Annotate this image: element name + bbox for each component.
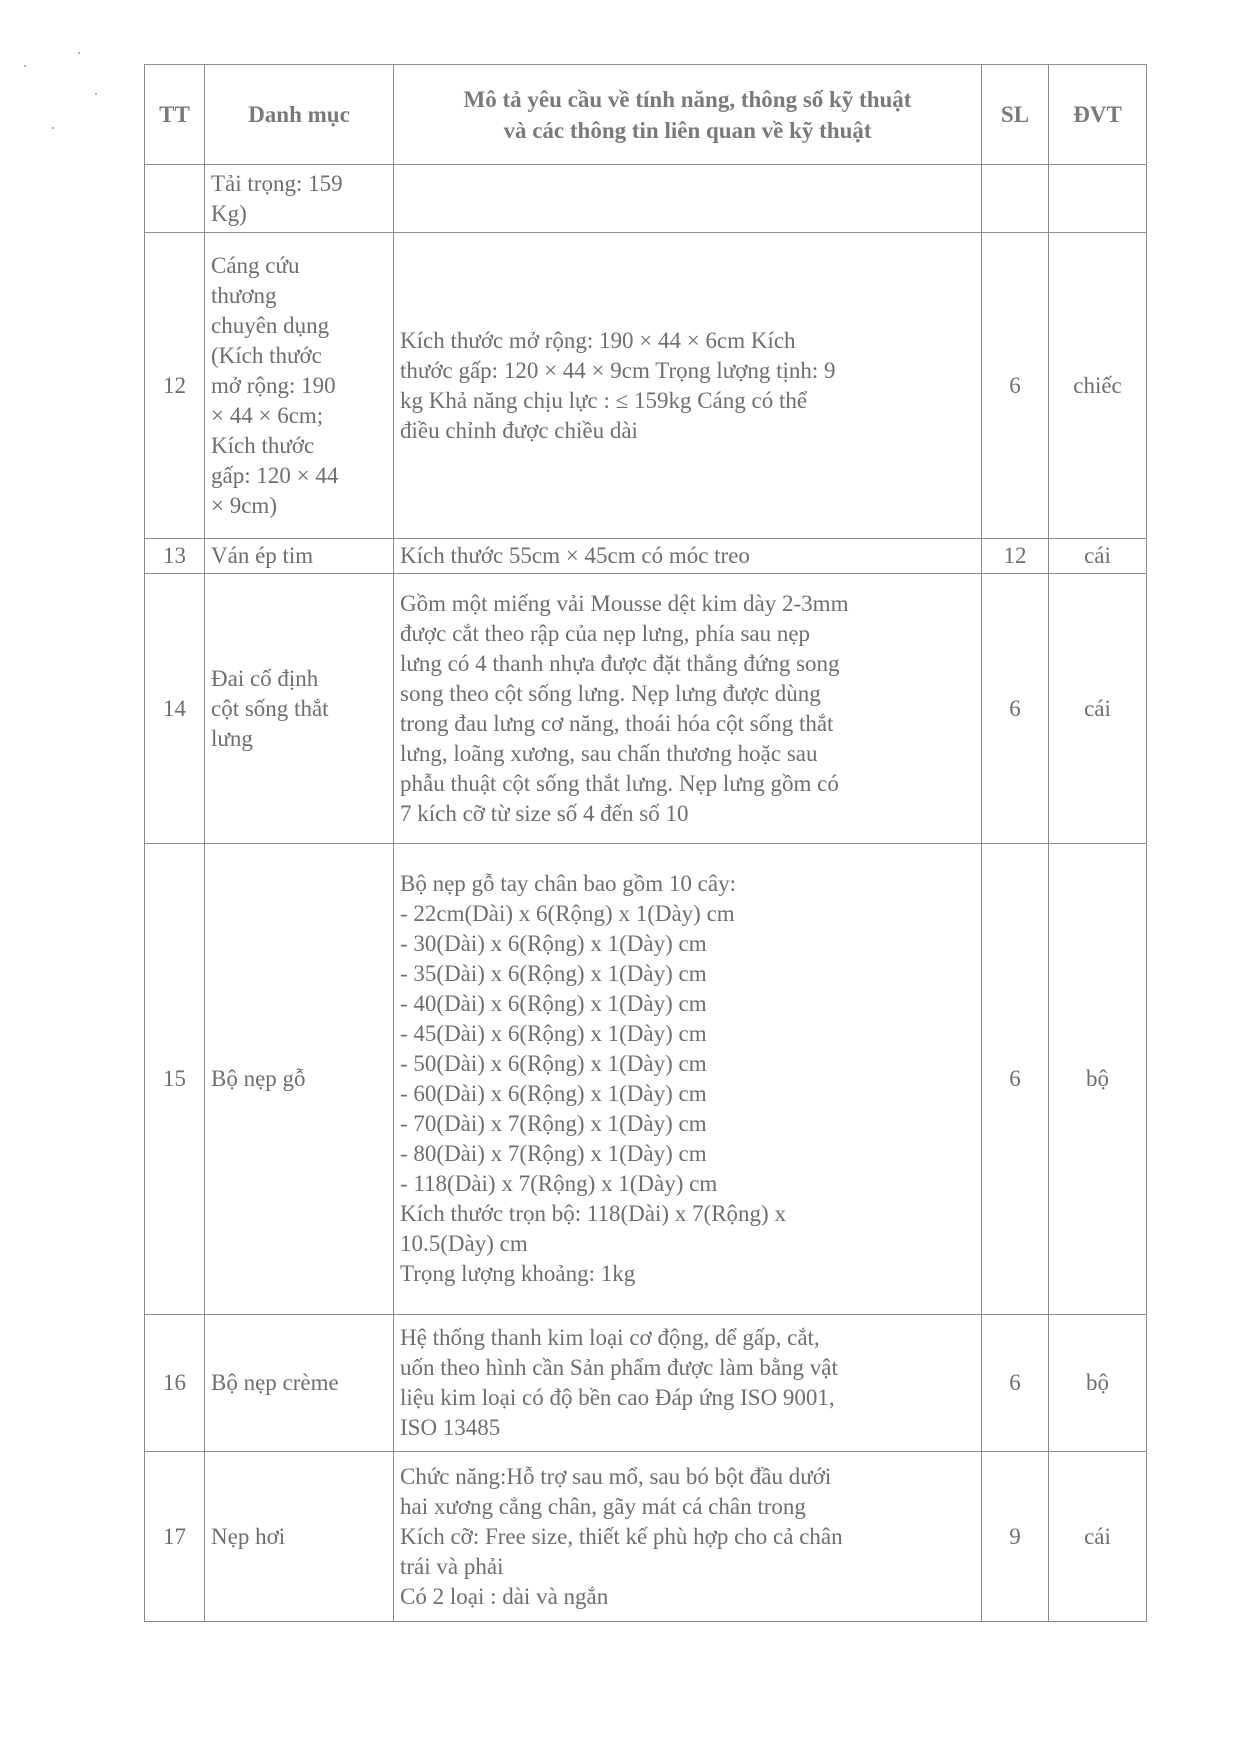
cell-description: Chức năng:Hỗ trợ sau mổ, sau bó bột đầu … bbox=[394, 1452, 982, 1622]
cell-tt: 13 bbox=[145, 539, 205, 574]
description-line: phẫu thuật cột sống thắt lưng. Nẹp lưng … bbox=[400, 769, 975, 799]
cell-description: Kích thước mở rộng: 190 × 44 × 6cm Kícht… bbox=[394, 233, 982, 539]
description-line: - 40(Dài) x 6(Rộng) x 1(Dày) cm bbox=[400, 989, 975, 1019]
header-tt: TT bbox=[145, 65, 205, 165]
description-line: Kích cỡ: Free size, thiết kế phù hợp cho… bbox=[400, 1522, 975, 1552]
item-name-line: thương bbox=[211, 281, 387, 311]
description-line: Hệ thống thanh kim loại cơ động, dể gấp,… bbox=[400, 1323, 975, 1353]
item-name-line: Tải trọng: 159 bbox=[211, 169, 387, 199]
description-line: - 22cm(Dài) x 6(Rộng) x 1(Dày) cm bbox=[400, 899, 975, 929]
table-row: 14Đai cố địnhcột sống thắtlưngGồm một mi… bbox=[145, 574, 1147, 844]
description-line: thước gấp: 120 × 44 × 9cm Trọng lượng tị… bbox=[400, 356, 975, 386]
description-line: - 30(Dài) x 6(Rộng) x 1(Dày) cm bbox=[400, 929, 975, 959]
description-line: trong đau lưng cơ năng, thoái hóa cột số… bbox=[400, 709, 975, 739]
table-body: Tải trọng: 159Kg)12Cáng cứuthươngchuyên … bbox=[145, 165, 1147, 1622]
specification-table: TT Danh mục Mô tả yêu cầu về tính năng, … bbox=[144, 64, 1147, 1622]
cell-item-name: Cáng cứuthươngchuyên dụng(Kích thướcmở r… bbox=[205, 233, 394, 539]
item-name-line: cột sống thắt bbox=[211, 694, 387, 724]
table-row: 15Bộ nẹp gỗBộ nẹp gỗ tay chân bao gồm 10… bbox=[145, 844, 1147, 1315]
item-name-line: Bộ nẹp crème bbox=[211, 1368, 387, 1398]
cell-quantity: 6 bbox=[982, 574, 1049, 844]
cell-quantity: 6 bbox=[982, 233, 1049, 539]
description-line: 7 kích cỡ từ size số 4 đến số 10 bbox=[400, 799, 975, 829]
cell-unit: cái bbox=[1049, 1452, 1147, 1622]
cell-tt: 16 bbox=[145, 1315, 205, 1452]
description-line: lưng có 4 thanh nhựa được đặt thẳng đứng… bbox=[400, 649, 975, 679]
cell-tt: 12 bbox=[145, 233, 205, 539]
table-row: Tải trọng: 159Kg) bbox=[145, 165, 1147, 233]
description-line: ISO 13485 bbox=[400, 1413, 975, 1443]
cell-item-name: Ván ép tim bbox=[205, 539, 394, 574]
cell-tt bbox=[145, 165, 205, 233]
scan-speck bbox=[24, 65, 26, 67]
description-line: - 80(Dài) x 7(Rộng) x 1(Dày) cm bbox=[400, 1139, 975, 1169]
description-line: song theo cột sống lưng. Nẹp lưng được d… bbox=[400, 679, 975, 709]
table-row: 16Bộ nẹp crèmeHệ thống thanh kim loại cơ… bbox=[145, 1315, 1147, 1452]
cell-tt: 17 bbox=[145, 1452, 205, 1622]
description-line: trái và phải bbox=[400, 1552, 975, 1582]
item-name-line: Bộ nẹp gỗ bbox=[211, 1064, 387, 1094]
description-line: - 118(Dài) x 7(Rộng) x 1(Dày) cm bbox=[400, 1169, 975, 1199]
item-name-line: mở rộng: 190 bbox=[211, 371, 387, 401]
cell-item-name: Tải trọng: 159Kg) bbox=[205, 165, 394, 233]
cell-unit: cái bbox=[1049, 539, 1147, 574]
table-row: 13Ván ép timKích thước 55cm × 45cm có mó… bbox=[145, 539, 1147, 574]
description-line: - 50(Dài) x 6(Rộng) x 1(Dày) cm bbox=[400, 1049, 975, 1079]
cell-description: Hệ thống thanh kim loại cơ động, dể gấp,… bbox=[394, 1315, 982, 1452]
description-line: liệu kim loại có độ bền cao Đáp ứng ISO … bbox=[400, 1383, 975, 1413]
header-desc-line: và các thông tin liên quan về kỹ thuật bbox=[400, 115, 975, 146]
item-name-line: Nẹp hơi bbox=[211, 1522, 387, 1552]
description-line: - 60(Dài) x 6(Rộng) x 1(Dày) cm bbox=[400, 1079, 975, 1109]
scan-speck bbox=[52, 127, 54, 129]
item-name-line: chuyên dụng bbox=[211, 311, 387, 341]
item-name-line: Ván ép tim bbox=[211, 541, 387, 571]
item-name-line: Kg) bbox=[211, 199, 387, 229]
table-row: 17Nẹp hơiChức năng:Hỗ trợ sau mổ, sau bó… bbox=[145, 1452, 1147, 1622]
table-row: 12Cáng cứuthươngchuyên dụng(Kích thướcmở… bbox=[145, 233, 1147, 539]
description-line: uốn theo hình cần Sản phẩm được làm bằng… bbox=[400, 1353, 975, 1383]
header-name: Danh mục bbox=[205, 65, 394, 165]
item-name-line: × 44 × 6cm; bbox=[211, 401, 387, 431]
item-name-line: (Kích thước bbox=[211, 341, 387, 371]
item-name-line: Cáng cứu bbox=[211, 251, 387, 281]
item-name-line: × 9cm) bbox=[211, 491, 387, 521]
cell-description: Bộ nẹp gỗ tay chân bao gồm 10 cây:- 22cm… bbox=[394, 844, 982, 1315]
cell-description bbox=[394, 165, 982, 233]
cell-quantity: 6 bbox=[982, 844, 1049, 1315]
cell-item-name: Đai cố địnhcột sống thắtlưng bbox=[205, 574, 394, 844]
cell-quantity: 6 bbox=[982, 1315, 1049, 1452]
description-line: Chức năng:Hỗ trợ sau mổ, sau bó bột đầu … bbox=[400, 1462, 975, 1492]
description-line: Gồm một miếng vải Mousse dệt kim dày 2-3… bbox=[400, 589, 975, 619]
table-header-row: TT Danh mục Mô tả yêu cầu về tính năng, … bbox=[145, 65, 1147, 165]
header-sl: SL bbox=[982, 65, 1049, 165]
cell-quantity: 9 bbox=[982, 1452, 1049, 1622]
description-line: - 45(Dài) x 6(Rộng) x 1(Dày) cm bbox=[400, 1019, 975, 1049]
description-line: Trọng lượng khoảng: 1kg bbox=[400, 1259, 975, 1289]
cell-unit: bộ bbox=[1049, 1315, 1147, 1452]
scan-speck bbox=[95, 93, 97, 95]
cell-description: Kích thước 55cm × 45cm có móc treo bbox=[394, 539, 982, 574]
item-name-line: gấp: 120 × 44 bbox=[211, 461, 387, 491]
item-name-line: Đai cố định bbox=[211, 664, 387, 694]
scan-speck bbox=[78, 52, 80, 54]
description-line: Có 2 loại : dài và ngắn bbox=[400, 1582, 975, 1612]
description-line: lưng, loãng xương, sau chấn thương hoặc … bbox=[400, 739, 975, 769]
description-line: Kích thước 55cm × 45cm có móc treo bbox=[400, 541, 975, 571]
description-line: - 35(Dài) x 6(Rộng) x 1(Dày) cm bbox=[400, 959, 975, 989]
cell-tt: 14 bbox=[145, 574, 205, 844]
cell-unit: cái bbox=[1049, 574, 1147, 844]
item-name-line: Kích thước bbox=[211, 431, 387, 461]
cell-unit bbox=[1049, 165, 1147, 233]
description-line: điều chỉnh được chiều dài bbox=[400, 416, 975, 446]
header-description: Mô tả yêu cầu về tính năng, thông số kỹ … bbox=[394, 65, 982, 165]
description-line: Kích thước trọn bộ: 118(Dài) x 7(Rộng) x bbox=[400, 1199, 975, 1229]
description-line: Bộ nẹp gỗ tay chân bao gồm 10 cây: bbox=[400, 869, 975, 899]
cell-unit: bộ bbox=[1049, 844, 1147, 1315]
header-desc-line: Mô tả yêu cầu về tính năng, thông số kỹ … bbox=[400, 84, 975, 115]
cell-item-name: Bộ nẹp crème bbox=[205, 1315, 394, 1452]
description-line: kg Khả năng chịu lực : ≤ 159kg Cáng có t… bbox=[400, 386, 975, 416]
cell-unit: chiếc bbox=[1049, 233, 1147, 539]
description-line: hai xương cẳng chân, gãy mát cá chân tro… bbox=[400, 1492, 975, 1522]
cell-item-name: Nẹp hơi bbox=[205, 1452, 394, 1622]
cell-item-name: Bộ nẹp gỗ bbox=[205, 844, 394, 1315]
cell-quantity bbox=[982, 165, 1049, 233]
description-line: 10.5(Dày) cm bbox=[400, 1229, 975, 1259]
cell-tt: 15 bbox=[145, 844, 205, 1315]
cell-quantity: 12 bbox=[982, 539, 1049, 574]
header-dvt: ĐVT bbox=[1049, 65, 1147, 165]
description-line: - 70(Dài) x 7(Rộng) x 1(Dày) cm bbox=[400, 1109, 975, 1139]
description-line: được cắt theo rập của nẹp lưng, phía sau… bbox=[400, 619, 975, 649]
item-name-line: lưng bbox=[211, 724, 387, 754]
description-line: Kích thước mở rộng: 190 × 44 × 6cm Kích bbox=[400, 326, 975, 356]
cell-description: Gồm một miếng vải Mousse dệt kim dày 2-3… bbox=[394, 574, 982, 844]
